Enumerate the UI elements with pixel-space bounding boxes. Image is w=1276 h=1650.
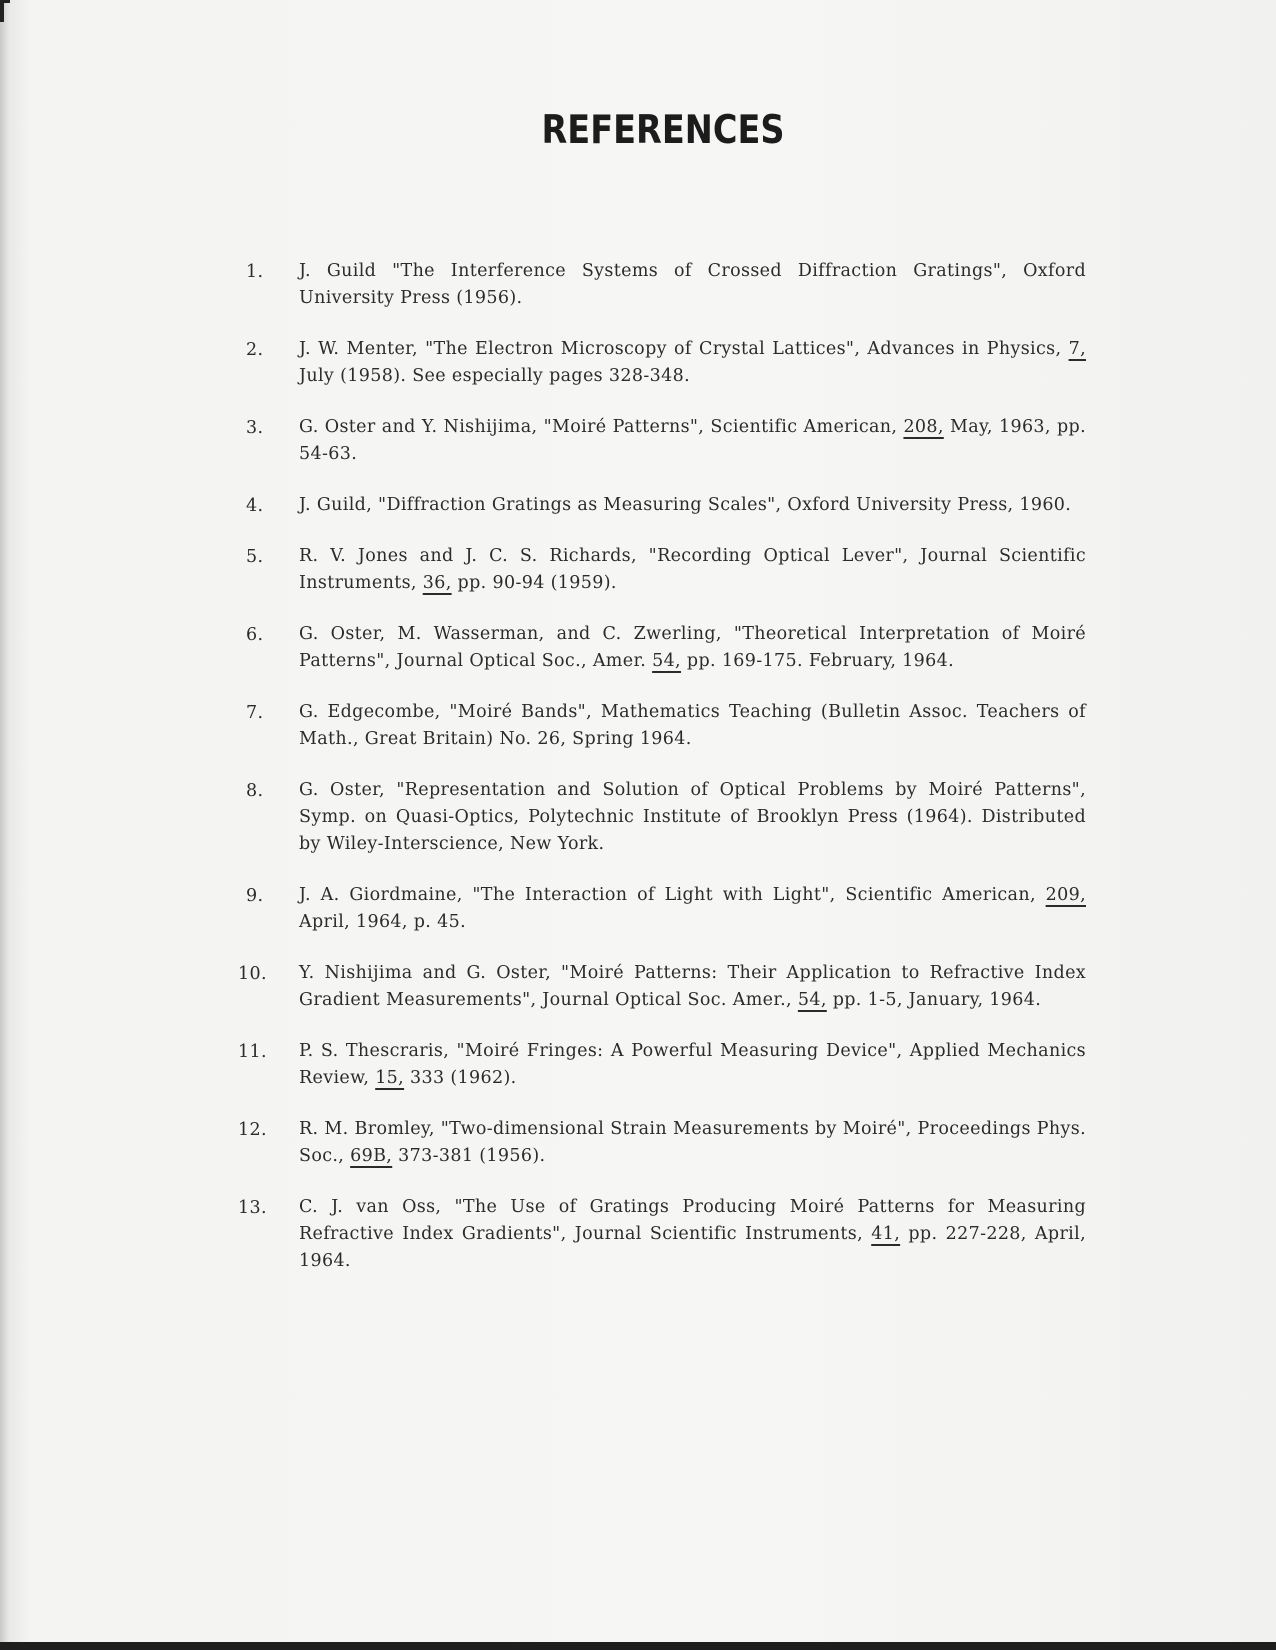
reference-list: 1.J. Guild "The Interference Systems of … xyxy=(246,258,1086,1299)
reference-item: 8.G. Oster, "Representation and Solution… xyxy=(246,777,1086,858)
reference-number: 6. xyxy=(246,622,286,649)
reference-fragment: G. Edgecombe, "Moiré Bands", Mathematics… xyxy=(299,702,1086,749)
reference-text: G. Edgecombe, "Moiré Bands", Mathematics… xyxy=(299,699,1086,753)
reference-item: 12.R. M. Bromley, "Two-dimensional Strai… xyxy=(246,1116,1086,1170)
reference-fragment: J. A. Giordmaine, "The Interaction of Li… xyxy=(299,885,1046,905)
reference-number: 1. xyxy=(246,259,286,286)
reference-number: 4. xyxy=(246,493,286,520)
reference-item: 11.P. S. Thescraris, "Moiré Fringes: A P… xyxy=(246,1038,1086,1092)
reference-item: 7.G. Edgecombe, "Moiré Bands", Mathemati… xyxy=(246,699,1086,753)
reference-text: Y. Nishijima and G. Oster, "Moiré Patter… xyxy=(299,960,1086,1014)
corner-mark xyxy=(0,0,10,3)
reference-text: G. Oster and Y. Nishijima, "Moiré Patter… xyxy=(299,414,1086,468)
reference-number: 10. xyxy=(238,961,278,988)
reference-fragment: 373-381 (1956). xyxy=(392,1146,545,1166)
reference-number: 9. xyxy=(246,883,286,910)
reference-number: 12. xyxy=(238,1117,278,1144)
reference-item: 9.J. A. Giordmaine, "The Interaction of … xyxy=(246,882,1086,936)
reference-fragment: G. Oster and Y. Nishijima, "Moiré Patter… xyxy=(299,417,903,437)
reference-number: 2. xyxy=(246,337,286,364)
reference-text: J. Guild, "Diffraction Gratings as Measu… xyxy=(299,492,1086,519)
page-bottom-edge xyxy=(0,1642,1276,1650)
volume-number: 209, xyxy=(1046,885,1086,905)
reference-item: 1.J. Guild "The Interference Systems of … xyxy=(246,258,1086,312)
volume-number: 54, xyxy=(798,990,827,1010)
reference-item: 13.C. J. van Oss, "The Use of Gratings P… xyxy=(246,1194,1086,1275)
volume-number: 41, xyxy=(871,1224,900,1244)
reference-item: 2.J. W. Menter, "The Electron Microscopy… xyxy=(246,336,1086,390)
volume-number: 69B, xyxy=(350,1146,392,1166)
reference-number: 3. xyxy=(246,415,286,442)
reference-item: 3.G. Oster and Y. Nishijima, "Moiré Patt… xyxy=(246,414,1086,468)
reference-text: R. V. Jones and J. C. S. Richards, "Reco… xyxy=(299,543,1086,597)
reference-fragment: April, 1964, p. 45. xyxy=(299,912,466,932)
document-page: REFERENCES 1.J. Guild "The Interference … xyxy=(0,0,1276,1650)
volume-number: 54, xyxy=(652,651,681,671)
reference-number: 5. xyxy=(246,544,286,571)
reference-fragment: J. Guild "The Interference Systems of Cr… xyxy=(299,261,1086,308)
reference-fragment: J. Guild, "Diffraction Gratings as Measu… xyxy=(299,495,1071,515)
reference-item: 10.Y. Nishijima and G. Oster, "Moiré Pat… xyxy=(246,960,1086,1014)
reference-text: P. S. Thescraris, "Moiré Fringes: A Powe… xyxy=(299,1038,1086,1092)
reference-fragment: R. V. Jones and J. C. S. Richards, "Reco… xyxy=(299,546,1086,593)
reference-fragment: pp. 1-5, January, 1964. xyxy=(827,990,1041,1010)
volume-number: 36, xyxy=(423,573,452,593)
reference-text: J. W. Menter, "The Electron Microscopy o… xyxy=(299,336,1086,390)
volume-number: 208, xyxy=(903,417,943,437)
reference-text: R. M. Bromley, "Two-dimensional Strain M… xyxy=(299,1116,1086,1170)
reference-fragment: J. W. Menter, "The Electron Microscopy o… xyxy=(299,339,1069,359)
reference-fragment: G. Oster, "Representation and Solution o… xyxy=(299,780,1086,854)
volume-number: 15, xyxy=(375,1068,404,1088)
reference-item: 5.R. V. Jones and J. C. S. Richards, "Re… xyxy=(246,543,1086,597)
reference-fragment: July (1958). See especially pages 328-34… xyxy=(299,366,690,386)
reference-number: 11. xyxy=(238,1039,278,1066)
reference-text: G. Oster, "Representation and Solution o… xyxy=(299,777,1086,858)
reference-text: J. A. Giordmaine, "The Interaction of Li… xyxy=(299,882,1086,936)
reference-text: C. J. van Oss, "The Use of Gratings Prod… xyxy=(299,1194,1086,1275)
reference-fragment: 333 (1962). xyxy=(404,1068,516,1088)
reference-text: J. Guild "The Interference Systems of Cr… xyxy=(299,258,1086,312)
reference-number: 13. xyxy=(238,1195,278,1222)
page-left-edge xyxy=(0,0,10,1650)
reference-item: 6.G. Oster, M. Wasserman, and C. Zwerlin… xyxy=(246,621,1086,675)
reference-fragment: pp. 90-94 (1959). xyxy=(452,573,617,593)
corner-mark xyxy=(0,0,4,22)
reference-item: 4.J. Guild, "Diffraction Gratings as Mea… xyxy=(246,492,1086,519)
page-title: REFERENCES xyxy=(93,108,1233,153)
reference-number: 8. xyxy=(246,778,286,805)
reference-text: G. Oster, M. Wasserman, and C. Zwerling,… xyxy=(299,621,1086,675)
reference-fragment: pp. 169-175. February, 1964. xyxy=(681,651,954,671)
volume-number: 7, xyxy=(1069,339,1086,359)
reference-number: 7. xyxy=(246,700,286,727)
